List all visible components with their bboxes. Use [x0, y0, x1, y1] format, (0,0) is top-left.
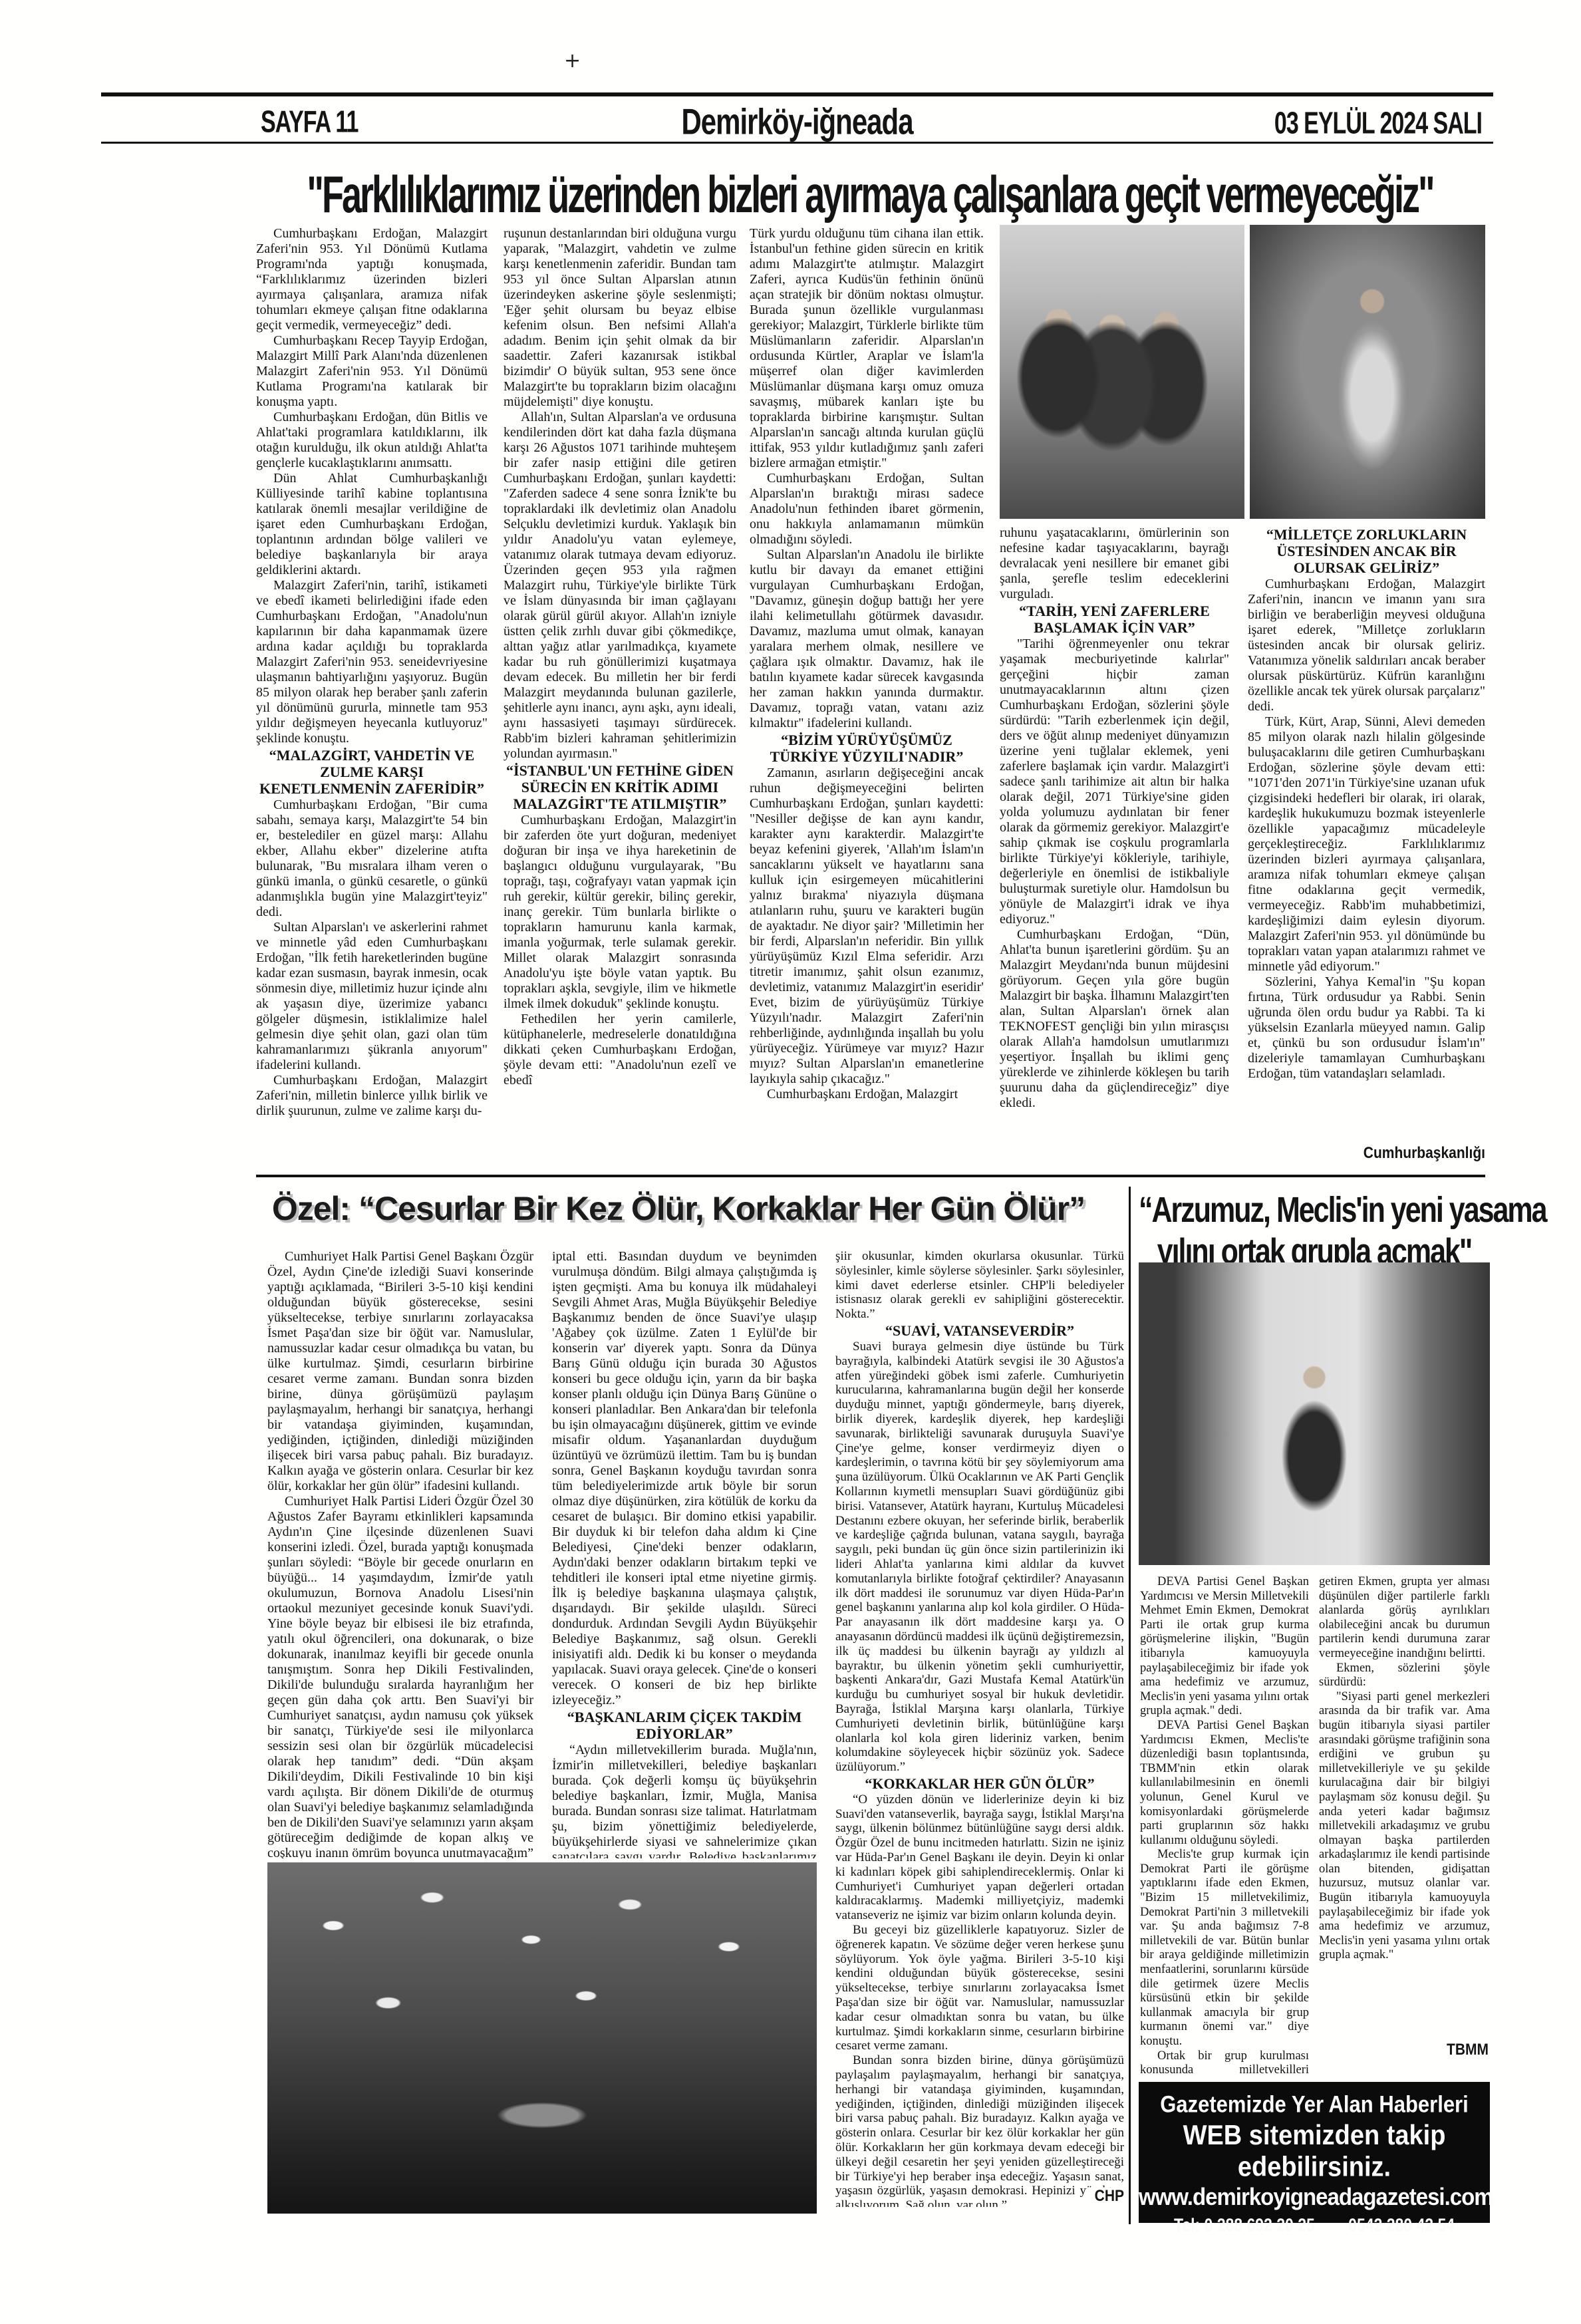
paragraph: Cumhurbaşkanı Erdoğan, Malazgirt Zaferi'…	[256, 1073, 488, 1119]
paragraph: Türk yurdu olduğunu tüm cihana ilan etti…	[750, 226, 984, 471]
article2-column-2: iptal etti. Basından duydum ve beynimden…	[552, 1249, 817, 1858]
subheading: “BİZİM YÜRÜYÜŞÜMÜZ TÜRKİYE YÜZYILI'NADIR…	[750, 732, 984, 765]
issue-date: 03 EYLÜL 2024 SALI	[1274, 106, 1482, 142]
article3-column-1: DEVA Partisi Genel Başkan Yardımcısı ve …	[1140, 1575, 1309, 2077]
warrior-costume-photo	[1250, 225, 1485, 519]
paragraph: Ekmen, sözlerini şöyle sürdürdü:	[1319, 1662, 1490, 1690]
article1-headline: "Farklılıklarımız üzerinden bizleri ayır…	[253, 165, 1487, 206]
paragraph: iptal etti. Basından duydum ve beynimden…	[552, 1249, 817, 1708]
paragraph: Cumhurbaşkanı Erdoğan, dün Bitlis ve Ahl…	[256, 410, 488, 471]
phone-number-1: Tel: 0 288 692 20 25	[1174, 2214, 1315, 2235]
paragraph: Cumhurbaşkanı Recep Tayyip Erdoğan, Mala…	[256, 333, 488, 410]
subheading: “BAŞKANLARIM ÇİÇEK TAKDİM EDİYORLAR”	[552, 1709, 817, 1742]
paragraph: Türk, Kürt, Arap, Sünni, Alevi demeden 8…	[1248, 714, 1485, 974]
website-promo-box: Gazetemizde Yer Alan Haberleri WEB sitem…	[1139, 2082, 1490, 2223]
header-bottom-rule	[101, 142, 1493, 144]
paragraph: ruşunun destanlarından biri olduğuna vur…	[503, 226, 736, 410]
paragraph: Malazgirt Zaferi'nin, tarihî, istikameti…	[256, 578, 488, 746]
article3-column-2: getiren Ekmen, grupta yer alması düşünül…	[1319, 1575, 1490, 2077]
article1-attribution: Cumhurbaşkanlığı	[1356, 1144, 1485, 1163]
phone-numbers: Tel: 0 288 692 20 25 0542 280 42 54	[1139, 2214, 1490, 2236]
paragraph: Cumhurbaşkanı Erdoğan, Malazgirt	[750, 1087, 984, 1102]
paragraph: Bundan sonra bizden birine, dünya görüşü…	[835, 2053, 1124, 2207]
doves-concert-photo	[267, 1862, 817, 2214]
paragraph: "Tarihi öğrenmeyenler onu tekrar yaşamak…	[1000, 637, 1229, 927]
vertical-divider-rule	[1129, 1187, 1131, 2224]
paragraph: Cumhurbaşkanı Erdoğan, "Bir cuma sabahı,…	[256, 798, 488, 920]
article1-column-3: Türk yurdu olduğunu tüm cihana ilan etti…	[750, 226, 984, 1171]
paragraph: Bu geceyi biz güzelliklerle kapatıyoruz.…	[835, 1923, 1124, 2053]
paragraph: Suavi buraya gelmesin diye üstünde bu Tü…	[835, 1340, 1124, 1775]
paragraph: Sözlerini, Yahya Kemal'in "Şu kopan fırt…	[1248, 974, 1485, 1082]
paragraph: Cumhurbaşkanı Erdoğan, Malazgirt'in bir …	[503, 813, 736, 1012]
paragraph: Fethedilen her yerin camilerle, kütüphan…	[503, 1012, 736, 1088]
registration-cross-mark: +	[564, 49, 581, 73]
ekmen-podium-photo	[1139, 1262, 1490, 1565]
paragraph: Cumhuriyet Halk Partisi Genel Başkanı Öz…	[267, 1249, 533, 1494]
subheading: “SUAVİ, VATANSEVERDİR”	[835, 1322, 1124, 1339]
paragraph: Ortak bir grup kurulması konusunda mille…	[1140, 2049, 1309, 2077]
paragraph: Cumhurbaşkanı Erdoğan, Malazgirt Zaferi'…	[256, 226, 488, 333]
article1-column-1: Cumhurbaşkanı Erdoğan, Malazgirt Zaferi'…	[256, 226, 488, 1171]
article3-headline: “Arzumuz, Meclis'in yeni yasama yılını o…	[1139, 1189, 1490, 1272]
paragraph: şiir okusunlar, kimden okurlarsa okusunl…	[835, 1249, 1124, 1322]
subheading: “MALAZGİRT, VAHDETİN VE ZULME KARŞI KENE…	[256, 747, 488, 797]
article1-column-4: ruhunu yaşatacaklarını, ömürlerinin son …	[1000, 525, 1229, 1168]
subheading: “İSTANBUL'UN FETHİNE GİDEN SÜRECİN EN KR…	[503, 762, 736, 812]
promo-line-1: Gazetemizde Yer Alan Haberleri	[1139, 2091, 1490, 2118]
paragraph: Allah'ın, Sultan Alparslan'a ve ordusuna…	[503, 410, 736, 762]
header-top-rule	[101, 92, 1493, 96]
article3-headline-line1: “Arzumuz, Meclis'in yeni yasama	[1139, 1189, 1490, 1231]
paragraph: Meclis'te grup kurmak için Demokrat Part…	[1140, 1848, 1309, 2049]
paragraph: ruhunu yaşatacaklarını, ömürlerinin son …	[1000, 525, 1229, 602]
erdogan-officials-photo	[1000, 225, 1244, 519]
paragraph: Sultan Alparslan'ı ve askerlerini rahmet…	[256, 920, 488, 1073]
paragraph: “Aydın milletvekillerim burada. Muğla'nı…	[552, 1743, 817, 1858]
article3-attribution: TBMM	[1439, 2041, 1489, 2059]
newspaper-page: + SAYFA 11 Demirköy-iğneada 03 EYLÜL 202…	[0, 0, 1581, 2324]
paragraph: "Siyasi parti genel merkezleri arasında …	[1319, 1690, 1490, 1963]
article1-column-2: ruşunun destanlarından biri olduğuna vur…	[503, 226, 736, 1171]
website-url: www.demirkoyigneadagazetesi.com	[1139, 2183, 1490, 2211]
section-divider-rule	[256, 1175, 1485, 1177]
paragraph: DEVA Partisi Genel Başkan Yardımcısı Ekm…	[1140, 1719, 1309, 1848]
article1-column-5: “MİLLETÇE ZORLUKLARIN ÜSTESİNDEN ANCAK B…	[1248, 525, 1485, 1168]
subheading: “TARİH, YENİ ZAFERLERE BAŞLAMAK İÇİN VAR…	[1000, 603, 1229, 636]
article2-column-1: Cumhuriyet Halk Partisi Genel Başkanı Öz…	[267, 1249, 533, 1858]
paragraph: Zamanın, asırların değişeceğini ancak ru…	[750, 766, 984, 1087]
article2-column-3: şiir okusunlar, kimden okurlarsa okusunl…	[835, 1249, 1124, 2207]
paragraph: DEVA Partisi Genel Başkan Yardımcısı ve …	[1140, 1575, 1309, 1719]
article2-headline: Özel: “Cesurlar Bir Kez Ölür, Korkaklar …	[263, 1189, 1094, 1228]
paragraph: Sultan Alparslan'ın Anadolu ile birlikte…	[750, 547, 984, 731]
paragraph: “O yüzden dönün ve liderlerinize deyin k…	[835, 1793, 1124, 1923]
promo-line-2: WEB sitemizden takip edebilirsiniz.	[1139, 2120, 1490, 2184]
subheading: “KORKAKLAR HER GÜN ÖLÜR”	[835, 1775, 1124, 1792]
paragraph: Dün Ahlat Cumhurbaşkanlığı Külliyesinde …	[256, 471, 488, 578]
paragraph: Cumhurbaşkanı Erdoğan, Malazgirt Zaferi'…	[1248, 577, 1485, 714]
paragraph: Cumhurbaşkanı Erdoğan, Sultan Alparslan'…	[750, 471, 984, 547]
paragraph: Cumhuriyet Halk Partisi Lideri Özgür Öze…	[267, 1494, 533, 1858]
phone-number-2: 0542 280 42 54	[1348, 2214, 1455, 2235]
paragraph: getiren Ekmen, grupta yer alması düşünül…	[1319, 1575, 1490, 1662]
article2-attribution: CHP	[1087, 2187, 1124, 2206]
subheading: “MİLLETÇE ZORLUKLARIN ÜSTESİNDEN ANCAK B…	[1248, 526, 1485, 576]
paragraph: Cumhurbaşkanı Erdoğan, “Dün, Ahlat'ta bu…	[1000, 927, 1229, 1111]
